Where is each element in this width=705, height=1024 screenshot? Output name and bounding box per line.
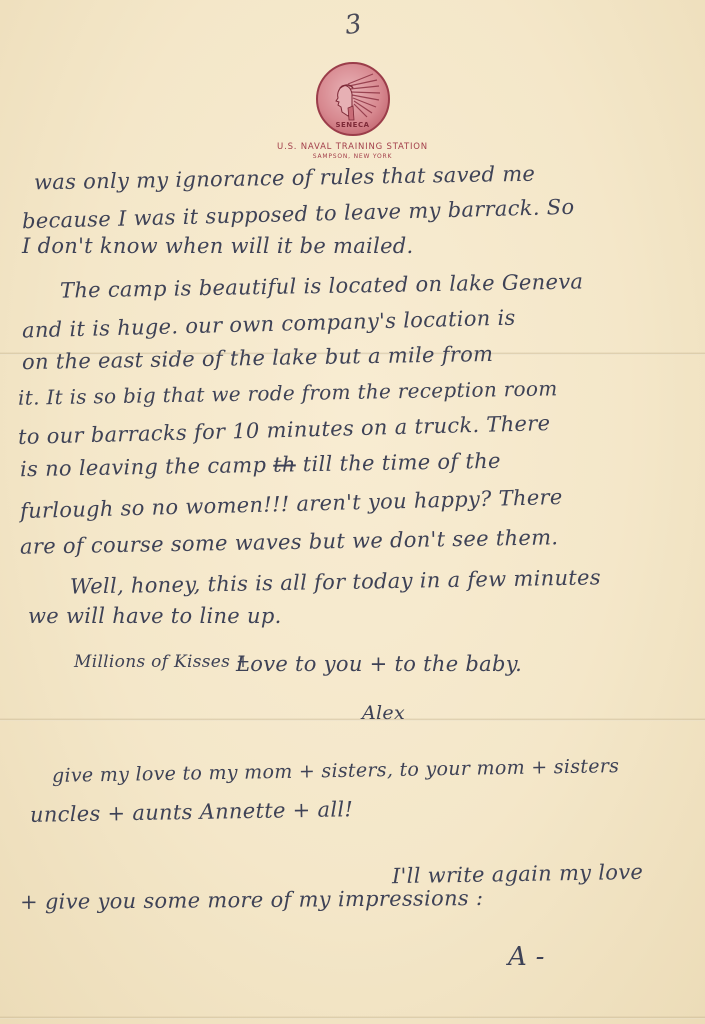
seneca-seal-icon: SENECA (316, 62, 390, 136)
postscript-line: + give you some more of my impressions : (20, 886, 483, 914)
letter-line: furlough so no women!!! aren't you happy… (20, 485, 563, 523)
station-name: U.S. NAVAL TRAINING STATION (0, 142, 705, 152)
page-number: 3 (343, 9, 364, 41)
initial-signature: A - (508, 942, 545, 972)
letter-line: I don't know when will it be mailed. (22, 234, 414, 258)
fold-line (0, 718, 705, 721)
letter-line: are of course some waves but we don't se… (20, 525, 559, 558)
letter-line: The camp is beautiful is located on lake… (60, 269, 584, 302)
letter-page: 3 (0, 0, 705, 1024)
letter-line-start: is no leaving the camp (20, 453, 267, 481)
closing-kisses: Millions of Kisses + (74, 652, 250, 672)
letter-line: Well, honey, this is all for today in a … (70, 565, 601, 598)
letter-line: on the east side of the lake but a mile … (22, 342, 494, 374)
postscript-line: uncles + aunts Annette + all! (30, 797, 354, 827)
letter-line: is no leaving the camp th till the time … (20, 449, 501, 481)
letter-line: to our barracks for 10 minutes on a truc… (18, 411, 551, 449)
station-location: SAMPSON, NEW YORK (0, 153, 705, 160)
letter-line-end: till the time of the (303, 449, 501, 476)
fold-line (0, 1016, 705, 1019)
postscript-line: give my love to my mom + sisters, to you… (52, 755, 620, 787)
letter-line: it. It is so big that we rode from the r… (18, 376, 558, 409)
letter-line: we will have to line up. (28, 604, 282, 628)
letter-line: because I was it supposed to leave my ba… (22, 195, 575, 233)
seal-label: SENECA (318, 121, 388, 129)
struck-text: th (273, 452, 296, 476)
letter-line: and it is huge. our own company's locati… (22, 306, 516, 343)
signature: Alex (362, 702, 405, 724)
postscript-line: I'll write again my love (392, 860, 644, 888)
letter-line: was only my ignorance of rules that save… (34, 162, 536, 195)
letterhead: SENECA U.S. NAVAL TRAINING STATION SAMPS… (0, 62, 705, 160)
closing-love: Love to you + to the baby. (236, 652, 522, 676)
